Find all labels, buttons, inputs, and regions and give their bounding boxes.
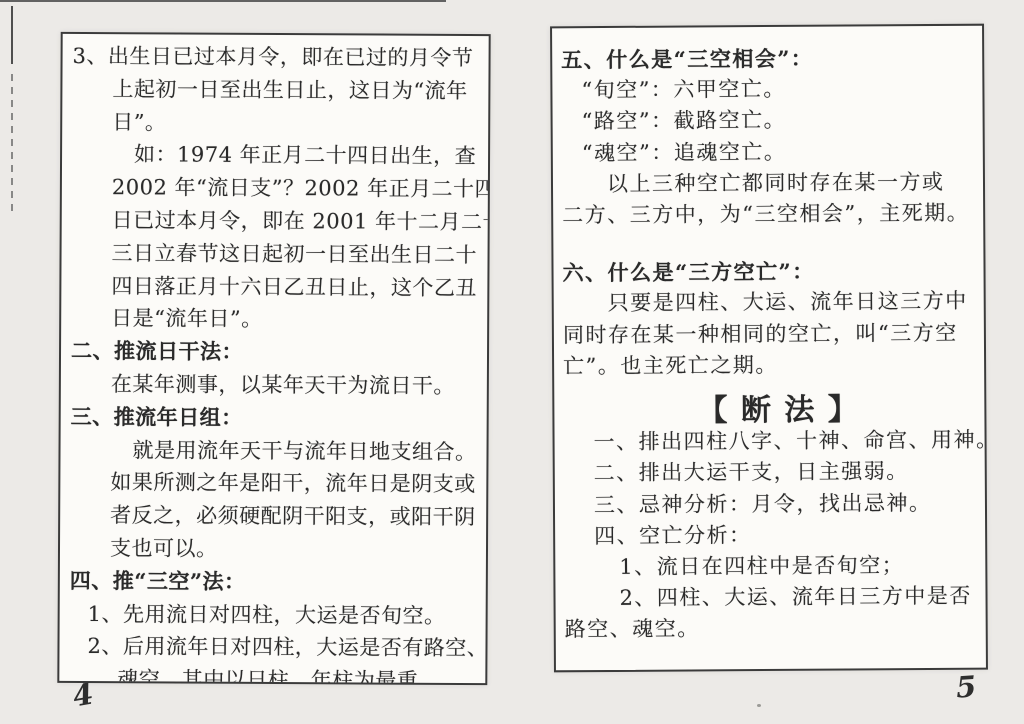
- scanned-spread: 3、出生日已过本月令，即在已过的月令节上起初一日至出生日止，这日为“流年日”。如…: [0, 0, 1024, 724]
- text-line: “魂空”：追魂空亡。: [582, 135, 988, 169]
- text-line: 日是“流年日”。: [111, 303, 491, 338]
- text-line: 四、空亡分析：: [594, 518, 988, 552]
- item-heading: 二、推流日干法：: [71, 335, 491, 370]
- text-line: 以上三种空亡都同时存在某一方或: [607, 166, 988, 200]
- text-line: 1、先用流日对四柱，大运是否旬空。: [88, 598, 491, 633]
- text-line: 一、排出四柱八字、十神、命宫、用神。: [593, 425, 987, 459]
- text-line: 二、排出大运干支，日主强弱。: [594, 456, 988, 490]
- item-heading: 四、推“三空”法：: [70, 565, 491, 600]
- text-line: 支也可以。: [110, 532, 491, 567]
- section-heading: 【 断 法 】: [563, 394, 988, 428]
- item-heading: 五、什么是“三空相会”：: [561, 42, 988, 76]
- item-heading: 三、推流年日组：: [71, 401, 491, 436]
- page-left-text: 3、出生日已过本月令，即在已过的月令节上起初一日至出生日止，这日为“流年日”。如…: [59, 34, 490, 685]
- text-line: 同时存在某一种相同的空亡，叫“三方空: [563, 317, 988, 351]
- text-line: 三日立春节这日起初一日至出生日二十: [111, 237, 490, 272]
- text-line: 只要是四柱、大运、流年日这三方中: [608, 286, 988, 320]
- item-heading: 六、什么是“三方空亡”：: [562, 255, 988, 289]
- text-line: “旬空”：六甲空亡。: [581, 73, 988, 107]
- text-line: 亡”。也主死亡之期。: [563, 348, 988, 382]
- text-line: 上起初一日至出生日止，这日为“流年: [112, 73, 490, 108]
- text-line: 三、忌神分析：月令，找出忌神。: [594, 487, 988, 521]
- text-line: 1、流日在四柱中是否旬空；: [619, 550, 988, 583]
- page-number-right: 5: [955, 669, 978, 704]
- text-line: 3、出生日已过本月令，即在已过的月令节: [72, 40, 490, 75]
- text-line: “路空”：截路空亡。: [582, 104, 988, 138]
- text-line: 路空、魂空。: [565, 612, 988, 646]
- scan-speck: [757, 704, 761, 707]
- scan-artifact-left-dashes: [11, 74, 13, 216]
- text-line: 魂空。其中以日柱、年柱为最重。: [117, 663, 490, 685]
- page-right-text: 五、什么是“三空相会”：“旬空”：六甲空亡。“路空”：截路空亡。“魂空”：追魂空…: [552, 26, 988, 673]
- scan-artifact-top-line: [0, 0, 446, 2]
- text-line: 如果所测之年是阳干，流年日是阴支或: [110, 467, 490, 502]
- text-line: 日已过本月令，即在 2001 年十二月二十: [112, 204, 491, 239]
- text-line: 日”。: [112, 106, 491, 141]
- text-line: 2、后用流年日对四柱，大运是否有路空、: [87, 630, 490, 665]
- page-left: 3、出生日已过本月令，即在已过的月令节上起初一日至出生日止，这日为“流年日”。如…: [57, 32, 490, 685]
- text-line: 就是用流年天干与流年日地支组合。: [132, 434, 490, 469]
- text-line: 在某年测事，以某年天干为流日干。: [111, 368, 491, 403]
- scan-artifact-left-line: [11, 6, 13, 64]
- text-line: 2、四柱、大运、流年日三方中是否: [619, 581, 988, 614]
- page-right: 五、什么是“三空相会”：“旬空”：六甲空亡。“路空”：截路空亡。“魂空”：追魂空…: [550, 24, 988, 673]
- text-line: 四日落正月十六日乙丑日止，这个乙丑: [111, 270, 490, 305]
- text-line: 2002 年“流日支”？2002 年正月二十四: [112, 171, 491, 206]
- text-line: 二方、三方中，为“三空相会”，主死期。: [562, 198, 988, 232]
- text-line: 如：1974 年正月二十四日出生，查: [134, 139, 491, 174]
- text-line: 者反之，必须硬配阴干阳支，或阳干阴: [110, 499, 491, 534]
